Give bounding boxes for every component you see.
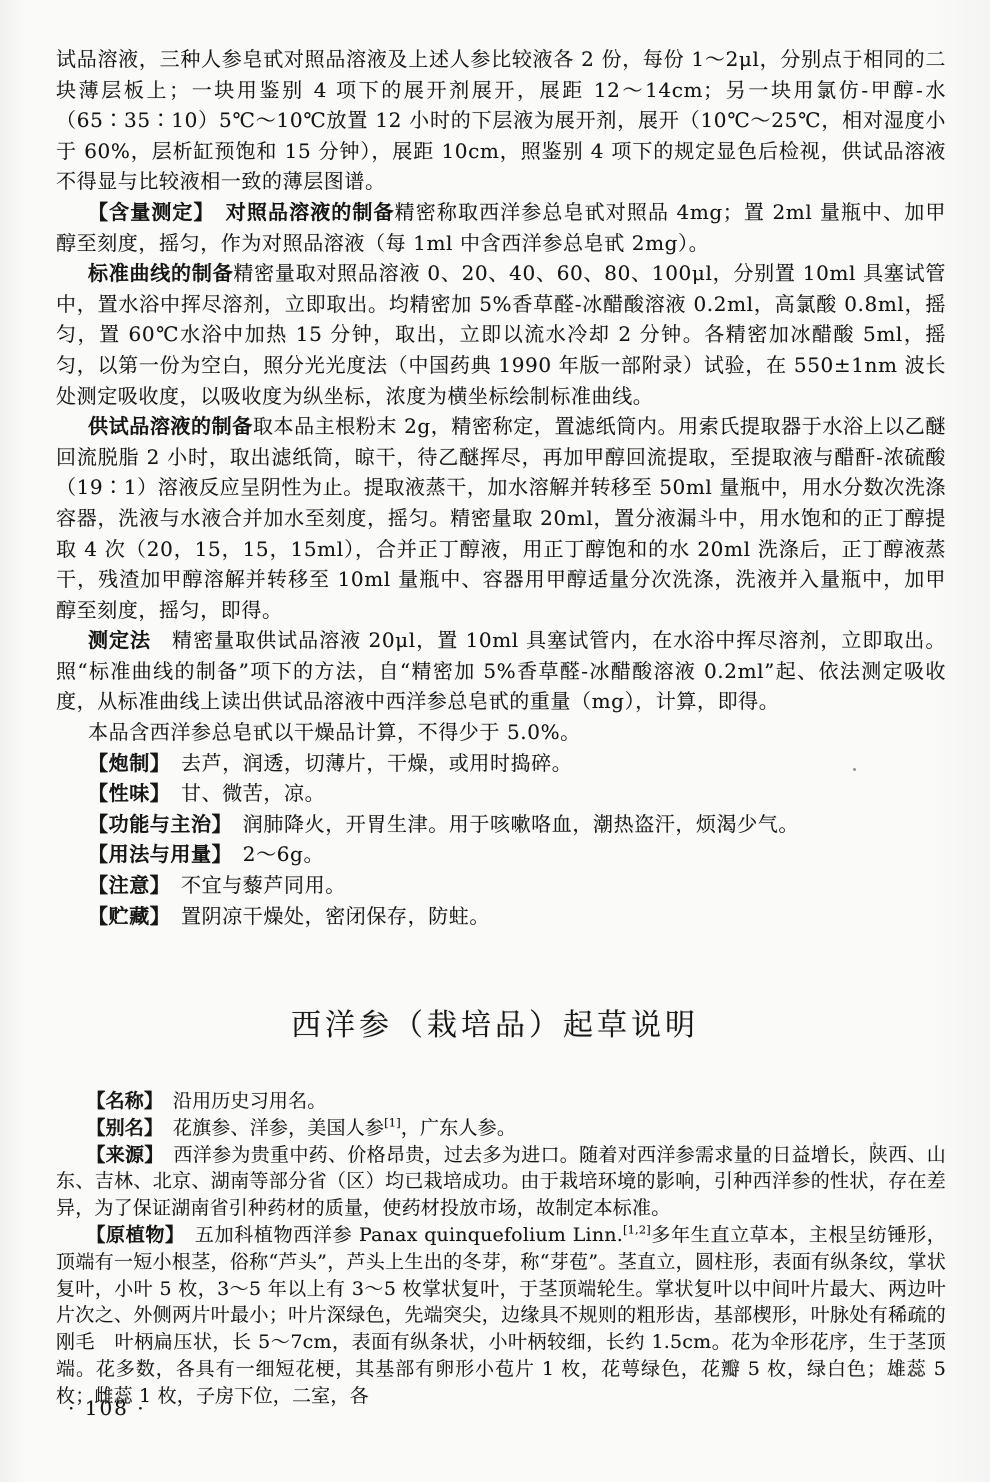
section-label: 【性味】 [88,781,160,805]
draft-notes-section: 【名称】 沿用历史习用名。【别名】 花旗参、洋参，美国人参[1]，广东人参。【来… [56,1088,946,1410]
text-run: 本品含西洋参总皂甙以干燥品计算，不得少于 5.0%。 [88,720,581,744]
text-run: 甘、微苦，凉。 [160,781,325,805]
paragraph: 【用法与用量】 2～6g。 [56,839,946,870]
page-number: · 108 · [68,1396,146,1420]
text-run: 多年生直立草本，主根呈纺锤形，顶端有一短小根茎，俗称“芦头”，芦头上生出的冬芽，… [56,1224,946,1407]
text-run: ，广东人参。 [401,1117,516,1139]
section-label: 【别名】 [86,1117,153,1139]
paragraph: 测定法 精密量取供试品溶液 20μl，置 10ml 具塞试管内，在水浴中挥尽溶剂… [56,625,946,717]
text-run: 取本品主根粉末 2g，精密称定，置滤纸筒内。用索氏提取器于水浴上以乙醚回流脱脂 … [56,414,946,622]
text-run: 花旗参、洋参，美国人参 [154,1117,384,1139]
text-run: 沿用历史习用名。 [154,1090,327,1112]
draft-explanation-heading: 西洋参（栽培品）起草说明 [0,1000,990,1044]
text-run: 西洋参为贵重中药、价格昂贵，过去多为进口。随着对西洋参需求量的日益增长，陕西、山… [56,1144,946,1220]
paragraph: 【来源】 西洋参为贵重中药、价格昂贵，过去多为进口。随着对西洋参需求量的日益增长… [56,1142,946,1222]
paragraph: 【贮藏】 置阴凉干燥处，密闭保存，防蛀。 [56,901,946,932]
section-label: 【名称】 [86,1090,153,1112]
scan-artifact [873,1142,876,1145]
paragraph: 【注意】 不宜与藜芦同用。 [56,870,946,901]
paragraph: 【功能与主治】 润肺降火，开胃生津。用于咳嗽咯血，潮热盗汗，烦渴少气。 [56,809,946,840]
citation-ref: [1,2] [623,1223,651,1237]
monograph-text-section: 试品溶液，三种人参皂甙对照品溶液及上述人参比较液各 2 份，每份 1～2μl，分… [56,44,946,931]
paragraph: 标准曲线的制备精密量取对照品溶液 0、20、40、60、80、100μl，分别置… [56,258,946,411]
section-label: 【炮制】 [88,751,160,775]
section-label: 【注意】 [88,873,160,897]
paragraph: 【含量测定】 对照品溶液的制备精密称取西洋参总皂甙对照品 4mg；置 2ml 量… [56,197,946,258]
section-label: 对照品溶液的制备 [226,200,395,224]
section-label: 【贮藏】 [88,904,160,928]
section-label: 标准曲线的制备 [88,261,233,285]
section-label: 供试品溶液的制备 [88,414,253,438]
paragraph: 供试品溶液的制备取本品主根粉末 2g，精密称定，置滤纸筒内。用索氏提取器于水浴上… [56,411,946,625]
text-run: 去芦，润透，切薄片，干燥，或用时捣碎。 [160,751,572,775]
text-run: 精密量取供试品溶液 20μl，置 10ml 具塞试管内，在水浴中挥尽溶剂，立即取… [56,628,946,713]
section-label: 【原植物】 [86,1224,175,1246]
text-run: 试品溶液，三种人参皂甙对照品溶液及上述人参比较液各 2 份，每份 1～2μl，分… [56,47,946,193]
section-label: 【功能与主治】 [88,812,222,836]
paragraph: 【性味】 甘、微苦，凉。 [56,778,946,809]
text-run: 2～6g。 [222,842,324,866]
text-run: 置阴凉干燥处，密闭保存，防蛀。 [160,904,490,928]
paragraph: 试品溶液，三种人参皂甙对照品溶液及上述人参比较液各 2 份，每份 1～2μl，分… [56,44,946,197]
text-run: 不宜与藜芦同用。 [160,873,345,897]
paragraph: 【名称】 沿用历史习用名。 [56,1088,946,1115]
text-run [205,200,226,224]
citation-ref: [1] [384,1115,401,1129]
section-label: 测定法 [88,628,151,652]
scan-artifact [853,768,856,771]
section-label: 【用法与用量】 [88,842,222,866]
text-run: 润肺降火，开胃生津。用于咳嗽咯血，潮热盗汗，烦渴少气。 [222,812,799,836]
section-label: 【含量测定】 [88,200,205,224]
scanned-document-page: 试品溶液，三种人参皂甙对照品溶液及上述人参比较液各 2 份，每份 1～2μl，分… [0,0,990,1482]
paragraph: 【别名】 花旗参、洋参，美国人参[1]，广东人参。 [56,1115,946,1142]
paragraph: 【炮制】 去芦，润透，切薄片，干燥，或用时捣碎。 [56,748,946,779]
paragraph: 【原植物】 五加科植物西洋参 Panax quinquefolium Linn.… [56,1222,946,1410]
paragraph: 本品含西洋参总皂甙以干燥品计算，不得少于 5.0%。 [56,717,946,748]
text-run: 五加科植物西洋参 Panax quinquefolium Linn. [175,1224,623,1246]
section-label: 【来源】 [86,1144,154,1166]
